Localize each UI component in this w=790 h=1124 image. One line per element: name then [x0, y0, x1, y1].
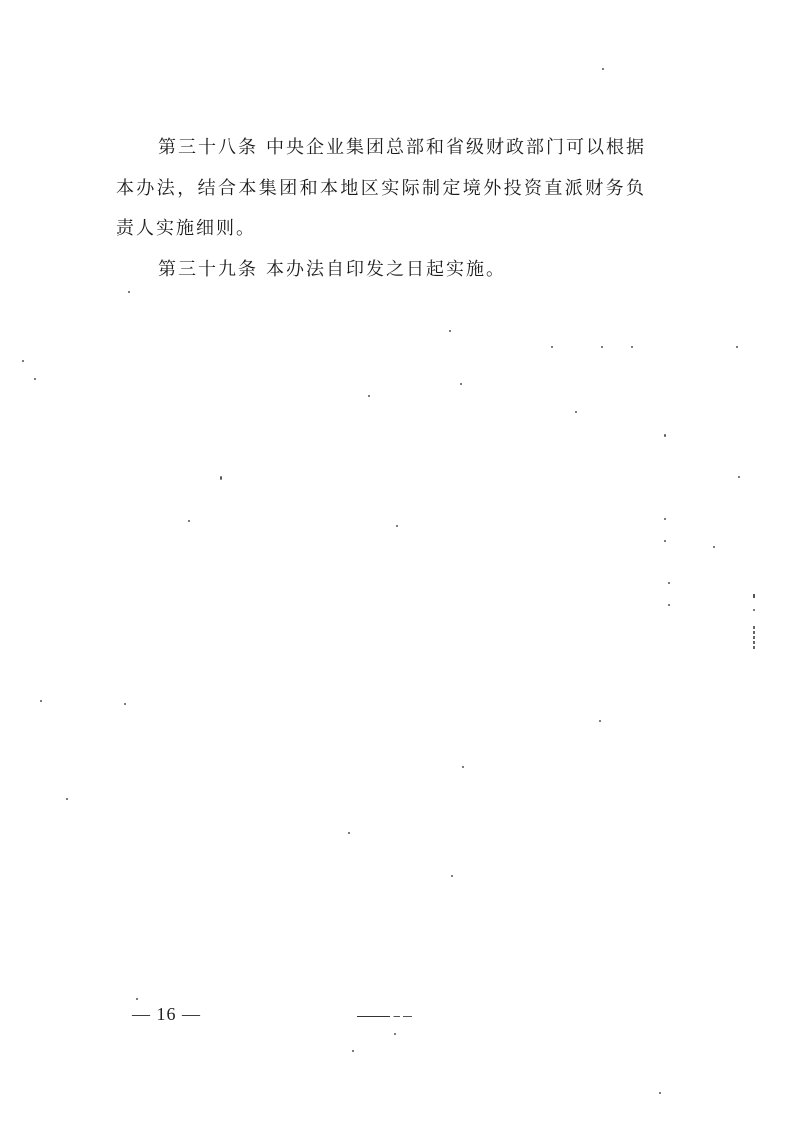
scan-speck	[124, 703, 126, 705]
scan-speck	[631, 346, 633, 348]
scan-speck	[551, 346, 553, 348]
scan-speck	[220, 476, 222, 480]
article-38-paragraph: 第三十八条中央企业集团总部和省级财政部门可以根据本办法，结合本集团和本地区实际制…	[116, 128, 646, 250]
scan-speck	[40, 700, 42, 702]
scan-speck	[449, 330, 451, 332]
article-number: 第三十九条	[158, 259, 258, 280]
scan-speck	[753, 609, 755, 611]
scan-speck	[602, 68, 604, 70]
scan-speck	[599, 720, 601, 722]
scan-speck	[394, 1033, 396, 1035]
scan-speck	[601, 346, 603, 348]
scan-speck	[664, 518, 666, 520]
scan-speck	[753, 626, 755, 651]
scan-speck	[66, 798, 68, 800]
scan-speck	[136, 998, 138, 1000]
scan-speck	[668, 582, 670, 584]
scan-artifact-line	[357, 1016, 412, 1017]
scan-speck	[668, 604, 670, 606]
page-number: — 16 —	[132, 1004, 201, 1025]
scan-speck	[34, 378, 36, 380]
scan-speck	[22, 360, 24, 362]
scan-speck	[368, 395, 370, 397]
scan-speck	[128, 291, 130, 293]
scan-speck	[352, 1050, 354, 1052]
scan-speck	[713, 546, 715, 548]
scan-speck	[188, 520, 190, 522]
scan-speck	[753, 594, 755, 598]
scan-speck	[659, 1092, 661, 1094]
document-page: 第三十八条中央企业集团总部和省级财政部门可以根据本办法，结合本集团和本地区实际制…	[0, 0, 790, 1124]
scan-speck	[664, 540, 666, 542]
document-body: 第三十八条中央企业集团总部和省级财政部门可以根据本办法，结合本集团和本地区实际制…	[116, 128, 646, 290]
article-text: 本办法自印发之日起实施。	[266, 259, 506, 280]
article-number: 第三十八条	[158, 137, 258, 158]
scan-speck	[462, 766, 464, 768]
scan-speck	[117, 232, 119, 234]
scan-speck	[348, 832, 350, 834]
scan-speck	[738, 476, 740, 478]
scan-speck	[664, 434, 666, 437]
scan-speck	[736, 346, 738, 348]
scan-speck	[460, 383, 462, 385]
scan-speck	[575, 411, 577, 413]
article-39-paragraph: 第三十九条本办法自印发之日起实施。	[116, 250, 646, 291]
scan-speck	[396, 525, 398, 527]
scan-speck	[451, 875, 453, 877]
